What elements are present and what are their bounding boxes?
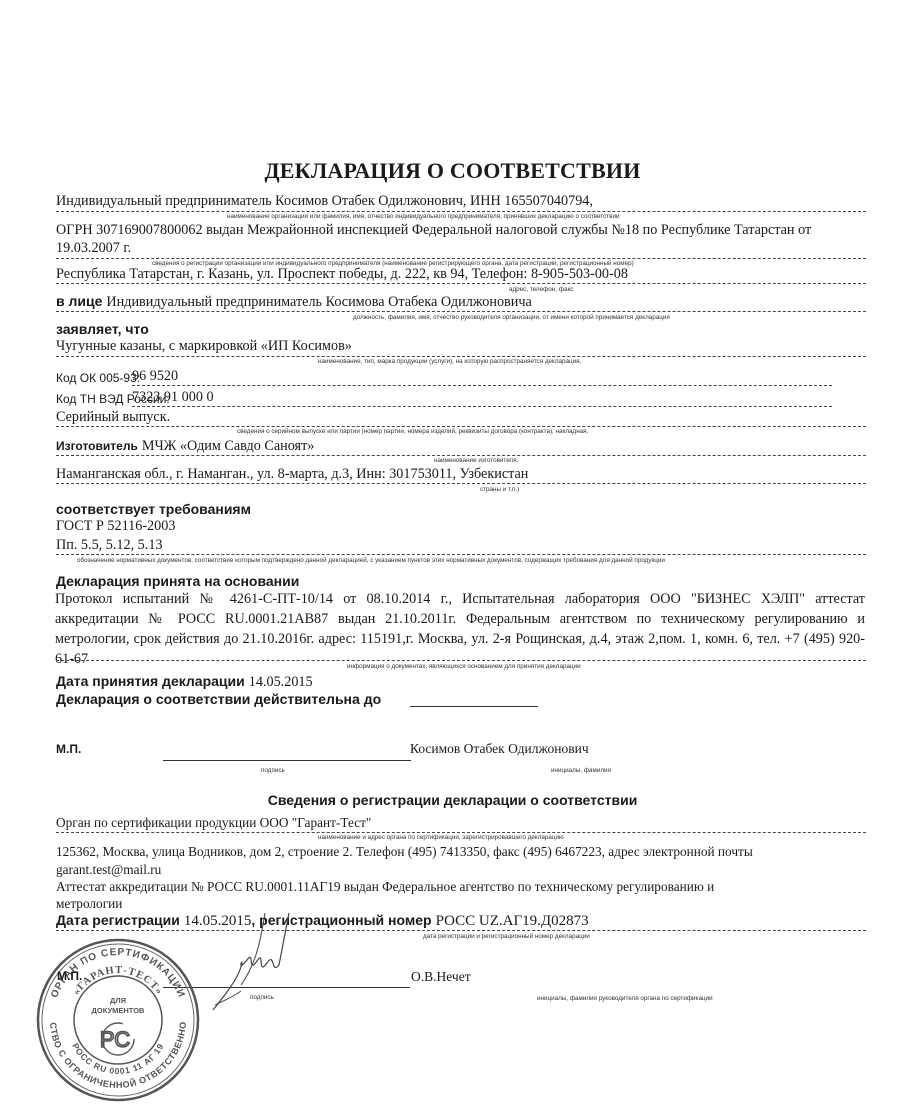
head-name: О.В.Нечет xyxy=(411,969,471,985)
divider xyxy=(56,832,866,833)
representative-label: в лице xyxy=(56,293,102,309)
svg-text:ДЛЯ: ДЛЯ xyxy=(110,996,126,1005)
validity-blank-line xyxy=(410,706,538,707)
divider xyxy=(56,311,866,312)
certification-body-address: 125362, Москва, улица Водников, дом 2, с… xyxy=(56,844,753,860)
divider xyxy=(56,258,866,259)
divider xyxy=(56,483,866,484)
seal-place-label: М.П. xyxy=(57,969,82,983)
accreditation-line-2: метрологии xyxy=(56,896,122,912)
signature-scribble-icon xyxy=(205,905,295,1015)
field-note: наименование, тип, марка продукции (услу… xyxy=(318,358,581,365)
field-note: инициалы, фамилия xyxy=(551,767,611,774)
signature-line xyxy=(163,760,411,761)
field-note: сведения о серийном выпуске или партии (… xyxy=(237,428,588,435)
certification-stamp-icon: ОРГАН ПО СЕРТИФИКАЦИИ ОБЩЕСТВО С ОГРАНИЧ… xyxy=(33,935,203,1105)
certification-body-email: garant.test@mail.ru xyxy=(56,862,161,878)
divider xyxy=(56,554,866,555)
basis-label: Декларация принята на основании xyxy=(56,573,299,589)
registration-heading: Сведения о регистрации декларации о соот… xyxy=(0,792,905,808)
adoption-date-value: 14.05.2015 xyxy=(249,674,313,690)
manufacturer-address: Наманганская обл., г. Наманган., ул. 8-м… xyxy=(56,466,528,483)
code-tnved-value: 7323 91 000 0 xyxy=(132,389,214,406)
divider xyxy=(56,455,866,456)
field-note: наименование и адрес органа по сертифика… xyxy=(318,834,564,841)
applicant-address: Республика Татарстан, г. Казань, ул. Про… xyxy=(56,266,628,283)
divider xyxy=(56,283,866,284)
svg-text:«ГАРАНТ-ТЕСТ»: «ГАРАНТ-ТЕСТ» xyxy=(71,965,165,997)
adoption-date-row: Дата принятия декларации 14.05.2015 xyxy=(56,673,313,691)
code-ok-label: Код ОК 005-93: xyxy=(56,371,140,385)
divider xyxy=(56,211,866,212)
field-note: подпись xyxy=(261,767,285,774)
validity-label: Декларация о соответствии действительна … xyxy=(56,691,381,707)
field-note: адрес, телефон, факс xyxy=(509,286,573,293)
product-name: Чугунные казаны, с маркировкой «ИП Косим… xyxy=(56,338,352,355)
field-note: должность, фамилия, имя, отчество руково… xyxy=(353,314,670,321)
requirements-label: соответствует требованиям xyxy=(56,501,251,517)
divider xyxy=(132,406,832,407)
adoption-date-label: Дата принятия декларации xyxy=(56,673,245,689)
registration-row: Дата регистрации 14.05.2015, регистрацио… xyxy=(56,912,589,930)
manufacturer-name: МЧЖ «Одим Савдо Саноят» xyxy=(142,438,315,454)
registration-number-value: РОСС UZ.АГ19.Д02873 xyxy=(436,913,589,929)
basis-text: Протокол испытаний № 4261-С-ПТ-10/14 от … xyxy=(55,589,865,669)
field-note: наименование изготовителя, xyxy=(434,457,518,464)
field-note: обозначение нормативных документов, соот… xyxy=(77,557,665,564)
applicant-registration: ОГРН 307169007800062 выдан Межрайонной и… xyxy=(56,222,811,239)
field-note: информация о документах, являющихся осно… xyxy=(347,663,581,670)
declares-label: заявляет, что xyxy=(56,321,149,337)
seal-place-label: М.П. xyxy=(56,742,81,756)
representative-row: в лице Индивидуальный предприниматель Ко… xyxy=(56,293,532,311)
divider xyxy=(56,356,866,357)
divider xyxy=(132,385,832,386)
manufacturer-label: Изготовитель xyxy=(56,439,138,453)
svg-text:ДОКУМЕНТОВ: ДОКУМЕНТОВ xyxy=(92,1006,146,1015)
manufacturer-row: Изготовитель МЧЖ «Одим Савдо Саноят» xyxy=(56,437,314,455)
document-title: ДЕКЛАРАЦИЯ О СООТВЕТСТВИИ xyxy=(0,158,905,184)
code-ok-value: 96 9520 xyxy=(132,368,178,385)
field-note: страны и т.п.) xyxy=(480,486,519,493)
representative-value: Индивидуальный предприниматель Косимова … xyxy=(106,294,531,310)
divider xyxy=(56,426,866,427)
divider xyxy=(56,930,866,931)
accreditation-line: Аттестат аккредитации № РОСС RU.0001.11А… xyxy=(56,879,714,895)
field-note: наименование организации или фамилия, им… xyxy=(227,213,620,220)
field-note: инициалы, фамилия руководителя органа по… xyxy=(537,995,713,1002)
declaration-document: ДЕКЛАРАЦИЯ О СООТВЕТСТВИИ Индивидуальный… xyxy=(0,0,905,1119)
divider xyxy=(56,660,866,661)
requirements-clauses: Пп. 5.5, 5.12, 5.13 xyxy=(56,537,163,554)
requirements-standard: ГОСТ Р 52116-2003 xyxy=(56,518,175,535)
applicant-line: Индивидуальный предприниматель Косимов О… xyxy=(56,193,593,210)
declarant-name: Косимов Отабек Одилжонович xyxy=(410,741,589,757)
serial-info: Серийный выпуск. xyxy=(56,409,170,426)
registration-date-label: Дата регистрации xyxy=(56,912,180,928)
certification-body: Орган по сертификации продукции ООО "Гар… xyxy=(56,815,371,831)
applicant-registration-date: 19.03.2007 г. xyxy=(56,240,131,257)
field-note: дата регистрации и регистрационный номер… xyxy=(423,933,590,940)
